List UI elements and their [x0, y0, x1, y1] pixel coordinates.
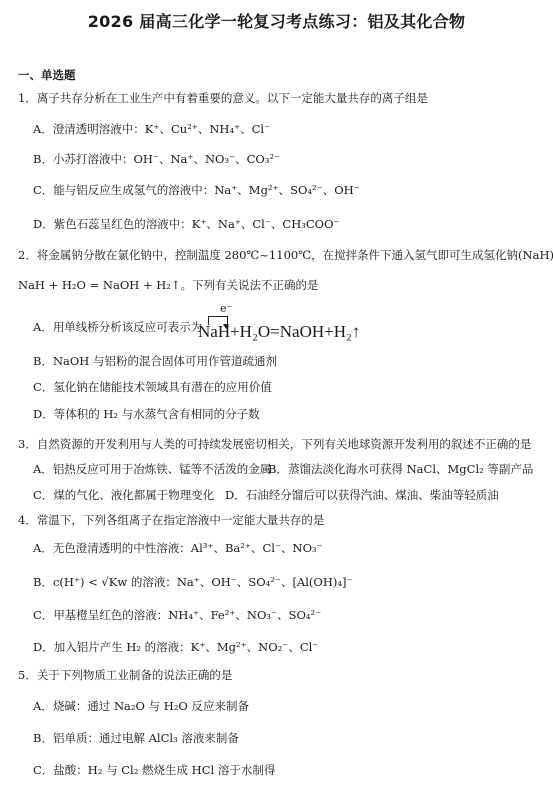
- question-text: 将金属钠分散在氯化钠中，控制温度 280℃~1100℃，在搅拌条件下通入氢气即可…: [37, 248, 553, 262]
- option-2d: D．等体积的 H₂ 与水蒸气含有相同的分子数: [33, 407, 260, 421]
- question-text: 关于下列物质工业制备的说法正确的是: [37, 668, 233, 682]
- option-text: 用单线桥分析该反应可表示为: [53, 320, 203, 334]
- question-number: 1．: [18, 91, 37, 105]
- question-3-stem: 3．自然资源的开发利用与人类的可持续发展密切相关，下列有关地球资源开发利用的叙述…: [18, 437, 531, 451]
- option-text: 甲基橙呈红色的溶液：NH₄⁺、Fe²⁺、NO₃⁻、SO₄²⁻: [53, 608, 321, 622]
- option-label: D．: [33, 640, 54, 654]
- single-bridge-diagram: e⁻ NaH+H₂O=NaOH+H₂↑: [198, 304, 368, 344]
- question-2-stem: 2．将金属钠分散在氯化钠中，控制温度 280℃~1100℃，在搅拌条件下通入氢气…: [18, 248, 553, 262]
- option-5a: A．烧碱：通过 Na₂O 与 H₂O 反应来制备: [33, 699, 249, 713]
- option-text: NaOH 与铝粉的混合固体可用作管道疏通剂: [53, 354, 277, 368]
- option-3a: A．铝热反应可用于冶炼铁、锰等不活泼的金属: [33, 462, 271, 476]
- document-title: 2026 届高三化学一轮复习考点练习：铝及其化合物: [0, 9, 553, 32]
- option-1d: D．紫色石蕊呈红色的溶液中：K⁺、Na⁺、Cl⁻、CH₃COO⁻: [33, 217, 340, 231]
- option-text: 铝单质：通过电解 AlCl₃ 溶液来制备: [53, 731, 239, 745]
- option-text: 铝热反应可用于冶炼铁、锰等不活泼的金属: [53, 462, 272, 476]
- question-text: 常温下，下列各组离子在指定溶液中一定能大量共存的是: [37, 513, 325, 527]
- option-text: 等体积的 H₂ 与水蒸气含有相同的分子数: [54, 407, 260, 421]
- question-text: 自然资源的开发利用与人类的可持续发展密切相关，下列有关地球资源开发利用的叙述不正…: [37, 437, 532, 451]
- question-number: 5．: [18, 668, 37, 682]
- option-label: B．: [268, 462, 288, 476]
- question-1-stem: 1．离子共存分析在工业生产中有着重要的意义。以下一定能大量共存的离子组是: [18, 91, 428, 105]
- option-2b: B．NaOH 与铝粉的混合固体可用作管道疏通剂: [33, 354, 277, 368]
- option-text: 小苏打溶液中：OH⁻、Na⁺、NO₃⁻、CO₃²⁻: [53, 152, 280, 166]
- option-label: A．: [33, 541, 53, 555]
- option-text: 盐酸：H₂ 与 Cl₂ 燃烧生成 HCl 溶于水制得: [53, 763, 275, 777]
- electron-label: e⁻: [220, 302, 232, 315]
- option-3b: B．蒸馏法淡化海水可获得 NaCl、MgCl₂ 等副产品: [268, 462, 533, 476]
- question-2-stem-cont: NaH + H₂O = NaOH + H₂↑。下列有关说法不正确的是: [18, 278, 319, 292]
- option-1c: C．能与铝反应生成氢气的溶液中：Na⁺、Mg²⁺、SO₄²⁻、OH⁻: [33, 183, 360, 197]
- option-text: 加入铝片产生 H₂ 的溶液：K⁺、Mg²⁺、NO₂⁻、Cl⁻: [54, 640, 319, 654]
- option-1a: A．澄清透明溶液中：K⁺、Cu²⁺、NH₄⁺、Cl⁻: [33, 122, 270, 136]
- option-label: A．: [33, 699, 53, 713]
- option-label: B．: [33, 354, 53, 368]
- option-4c: C．甲基橙呈红色的溶液：NH₄⁺、Fe²⁺、NO₃⁻、SO₄²⁻: [33, 608, 321, 622]
- question-4-stem: 4．常温下，下列各组离子在指定溶液中一定能大量共存的是: [18, 513, 324, 527]
- option-5b: B．铝单质：通过电解 AlCl₃ 溶液来制备: [33, 731, 239, 745]
- reaction-equation: NaH+H₂O=NaOH+H₂↑: [198, 325, 360, 339]
- option-label: B．: [33, 152, 53, 166]
- option-text: 紫色石蕊呈红色的溶液中：K⁺、Na⁺、Cl⁻、CH₃COO⁻: [54, 217, 340, 231]
- option-label: B．: [33, 575, 53, 589]
- option-label: C．: [33, 488, 53, 502]
- option-text: 能与铝反应生成氢气的溶液中：Na⁺、Mg²⁺、SO₄²⁻、OH⁻: [53, 183, 359, 197]
- option-4b: B．c(H⁺) < √Kw 的溶液：Na⁺、OH⁻、SO₄²⁻、[Al(OH)₄…: [33, 575, 353, 589]
- option-4a: A．无色澄清透明的中性溶液：Al³⁺、Ba²⁺、Cl⁻、NO₃⁻: [33, 541, 323, 555]
- option-5c: C．盐酸：H₂ 与 Cl₂ 燃烧生成 HCl 溶于水制得: [33, 763, 275, 777]
- option-3c: C．煤的气化、液化都属于物理变化: [33, 488, 214, 502]
- option-text: 氢化钠在储能技术领域具有潜在的应用价值: [53, 380, 272, 394]
- option-text: c(H⁺) < √Kw 的溶液：Na⁺、OH⁻、SO₄²⁻、[Al(OH)₄]⁻: [53, 575, 353, 589]
- question-number: 2．: [18, 248, 37, 262]
- option-label: A．: [33, 462, 53, 476]
- option-text: 烧碱：通过 Na₂O 与 H₂O 反应来制备: [53, 699, 249, 713]
- option-text: 无色澄清透明的中性溶液：Al³⁺、Ba²⁺、Cl⁻、NO₃⁻: [53, 541, 323, 555]
- option-1b: B．小苏打溶液中：OH⁻、Na⁺、NO₃⁻、CO₃²⁻: [33, 152, 280, 166]
- question-number: 4．: [18, 513, 37, 527]
- option-label: C．: [33, 380, 53, 394]
- option-2a: A．用单线桥分析该反应可表示为: [33, 320, 202, 334]
- option-label: C．: [33, 608, 53, 622]
- option-label: C．: [33, 763, 53, 777]
- option-text: 澄清透明溶液中：K⁺、Cu²⁺、NH₄⁺、Cl⁻: [53, 122, 270, 136]
- option-label: C．: [33, 183, 53, 197]
- option-text: 煤的气化、液化都属于物理变化: [53, 488, 214, 502]
- option-label: A．: [33, 122, 53, 136]
- option-text: 蒸馏法淡化海水可获得 NaCl、MgCl₂ 等副产品: [288, 462, 533, 476]
- option-text: 石油经分馏后可以获得汽油、煤油、柴油等轻质油: [246, 488, 499, 502]
- option-label: D．: [33, 407, 54, 421]
- section-heading: 一、单选题: [18, 68, 76, 82]
- question-number: 3．: [18, 437, 37, 451]
- option-4d: D．加入铝片产生 H₂ 的溶液：K⁺、Mg²⁺、NO₂⁻、Cl⁻: [33, 640, 318, 654]
- option-2c: C．氢化钠在储能技术领域具有潜在的应用价值: [33, 380, 272, 394]
- option-label: D．: [225, 488, 246, 502]
- question-text: 离子共存分析在工业生产中有着重要的意义。以下一定能大量共存的离子组是: [37, 91, 428, 105]
- option-label: D．: [33, 217, 54, 231]
- option-3d: D．石油经分馏后可以获得汽油、煤油、柴油等轻质油: [225, 488, 499, 502]
- option-label: A．: [33, 320, 53, 334]
- question-5-stem: 5．关于下列物质工业制备的说法正确的是: [18, 668, 232, 682]
- option-label: B．: [33, 731, 53, 745]
